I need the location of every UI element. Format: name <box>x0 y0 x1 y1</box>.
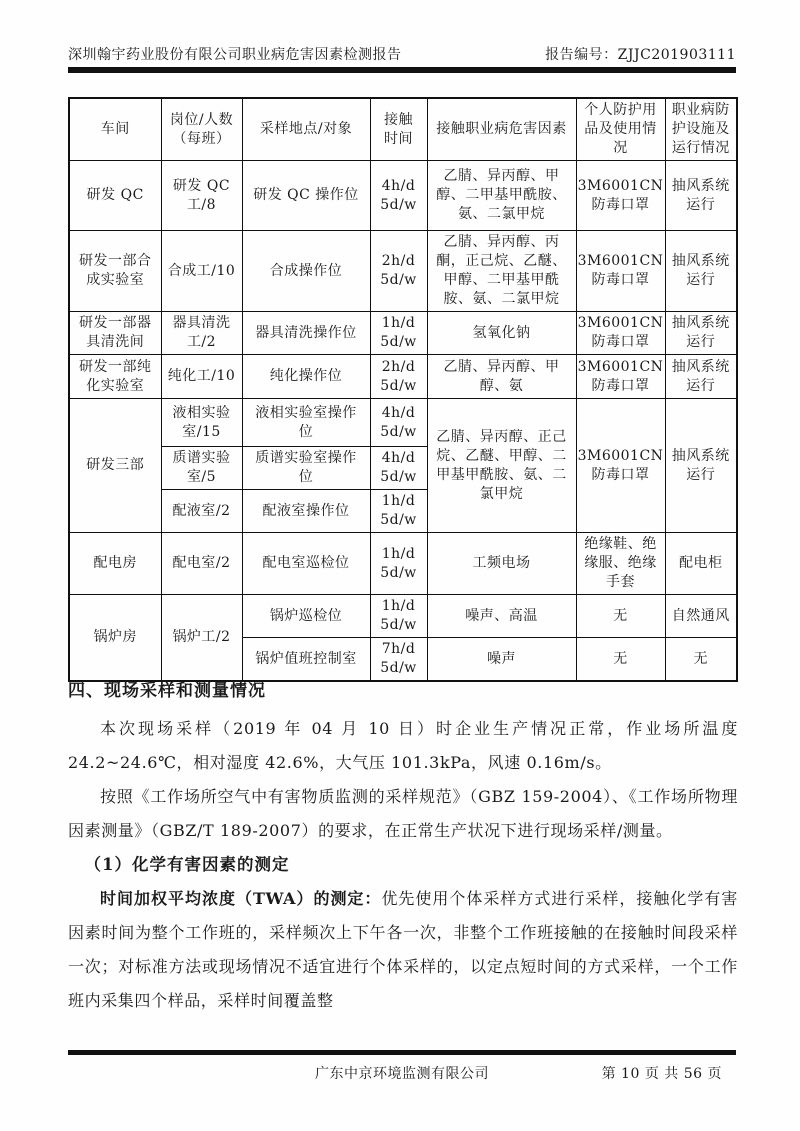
table-row: 研发 QC 研发 QC 工/8 研发 QC 操作位 4h/d 5d/w 乙腈、异… <box>69 161 737 231</box>
cell-time: 4h/d 5d/w <box>370 161 427 231</box>
body-text: 四、现场采样和测量情况 本次现场采样（2019 年 04 月 10 日）时企业生… <box>68 666 738 1018</box>
cell-workshop: 研发一部器 具清洗间 <box>69 312 161 355</box>
col-header-hazard: 接触职业病危害因素 <box>427 98 576 161</box>
cell-post: 配液室/2 <box>161 490 242 533</box>
col-header-workshop: 车间 <box>69 98 161 161</box>
cell-time: 2h/d 5d/w <box>370 355 427 399</box>
cell-hazard: 氢氧化钠 <box>427 312 576 355</box>
cell-location: 锅炉巡检位 <box>242 595 370 638</box>
cell-facility: 抽风系统 运行 <box>665 161 737 231</box>
cell-hazard: 乙腈、异丙醇、甲 醇、氨 <box>427 355 576 399</box>
cell-ppe: 3M6001CN 防毒口罩 <box>576 355 665 399</box>
header-rule <box>68 67 736 73</box>
col-header-time: 接触 时间 <box>370 98 427 161</box>
cell-post: 器具清洗 工/2 <box>161 312 242 355</box>
table-row: 研发一部合 成实验室 合成工/10 合成操作位 2h/d 5d/w 乙腈、异丙醇… <box>69 231 737 312</box>
cell-post: 合成工/10 <box>161 231 242 312</box>
twa-lead: 时间加权平均浓度（TWA）的测定： <box>100 889 381 908</box>
section-heading: 四、现场采样和测量情况 <box>68 674 738 708</box>
cell-facility: 抽风系统 运行 <box>665 231 737 312</box>
cell-ppe: 3M6001CN 防毒口罩 <box>576 161 665 231</box>
cell-time: 1h/d 5d/w <box>370 490 427 533</box>
footer-rule <box>68 1050 736 1055</box>
cell-post: 研发 QC 工/8 <box>161 161 242 231</box>
cell-hazard: 噪声、高温 <box>427 595 576 638</box>
sampling-table: 车间 岗位/人数 （每班） 采样地点/对象 接触 时间 接触职业病危害因素 个人… <box>68 97 738 682</box>
cell-workshop: 研发一部合 成实验室 <box>69 231 161 312</box>
cell-location: 器具清洗操作位 <box>242 312 370 355</box>
cell-location: 研发 QC 操作位 <box>242 161 370 231</box>
report-page: 深圳翰宇药业股份有限公司职业病危害因素检测报告 报告编号：ZJJC2019031… <box>0 0 800 1131</box>
cell-ppe: 3M6001CN 防毒口罩 <box>576 399 665 533</box>
subsection-heading: （1）化学有害因素的测定 <box>68 848 738 882</box>
cell-time: 4h/d 5d/w <box>370 447 427 490</box>
cell-location: 液相实验室操作 位 <box>242 399 370 447</box>
cell-post: 配电室/2 <box>161 533 242 595</box>
table-header-row: 车间 岗位/人数 （每班） 采样地点/对象 接触 时间 接触职业病危害因素 个人… <box>69 98 737 161</box>
cell-workshop: 研发三部 <box>69 399 161 533</box>
cell-location: 纯化操作位 <box>242 355 370 399</box>
cell-workshop: 研发 QC <box>69 161 161 231</box>
cell-facility: 抽风系统 运行 <box>665 355 737 399</box>
col-header-ppe: 个人防护用 品及使用情 况 <box>576 98 665 161</box>
cell-time: 4h/d 5d/w <box>370 399 427 447</box>
table-row: 研发一部器 具清洗间 器具清洗 工/2 器具清洗操作位 1h/d 5d/w 氢氧… <box>69 312 737 355</box>
table-row: 研发一部纯 化实验室 纯化工/10 纯化操作位 2h/d 5d/w 乙腈、异丙醇… <box>69 355 737 399</box>
cell-location: 合成操作位 <box>242 231 370 312</box>
col-header-location: 采样地点/对象 <box>242 98 370 161</box>
col-header-post: 岗位/人数 （每班） <box>161 98 242 161</box>
paragraph-sampling-conditions: 本次现场采样（2019 年 04 月 10 日）时企业生产情况正常，作业场所温度… <box>68 712 738 780</box>
cell-post: 纯化工/10 <box>161 355 242 399</box>
cell-facility: 抽风系统 运行 <box>665 399 737 533</box>
paragraph-twa: 时间加权平均浓度（TWA）的测定：优先使用个体采样方式进行采样，接触化学有害因素… <box>68 882 738 1018</box>
doc-header: 深圳翰宇药业股份有限公司职业病危害因素检测报告 报告编号：ZJJC2019031… <box>68 44 736 64</box>
cell-location: 配液室操作位 <box>242 490 370 533</box>
cell-location: 配电室巡检位 <box>242 533 370 595</box>
cell-hazard: 乙腈、异丙醇、甲 醇、二甲基甲酰胺、 氨、二氯甲烷 <box>427 161 576 231</box>
cell-time: 1h/d 5d/w <box>370 312 427 355</box>
cell-workshop: 研发一部纯 化实验室 <box>69 355 161 399</box>
cell-ppe: 无 <box>576 595 665 638</box>
cell-time: 1h/d 5d/w <box>370 595 427 638</box>
cell-time: 2h/d 5d/w <box>370 231 427 312</box>
cell-ppe: 3M6001CN 防毒口罩 <box>576 231 665 312</box>
cell-time: 1h/d 5d/w <box>370 533 427 595</box>
col-header-facility: 职业病防 护设施及 运行情况 <box>665 98 737 161</box>
cell-workshop: 配电房 <box>69 533 161 595</box>
cell-ppe: 绝缘鞋、绝 缘服、绝缘 手套 <box>576 533 665 595</box>
cell-post: 质谱实验 室/5 <box>161 447 242 490</box>
cell-facility: 抽风系统 运行 <box>665 312 737 355</box>
paragraph-standards: 按照《工作场所空气中有害物质监测的采样规范》（GBZ 159-2004）、《工作… <box>68 780 738 848</box>
cell-hazard: 工频电场 <box>427 533 576 595</box>
table-row: 锅炉房 锅炉工/2 锅炉巡检位 1h/d 5d/w 噪声、高温 无 自然通风 <box>69 595 737 638</box>
table-row: 研发三部 液相实验 室/15 液相实验室操作 位 4h/d 5d/w 乙腈、异丙… <box>69 399 737 447</box>
cell-ppe: 3M6001CN 防毒口罩 <box>576 312 665 355</box>
table-row: 配电房 配电室/2 配电室巡检位 1h/d 5d/w 工频电场 绝缘鞋、绝 缘服… <box>69 533 737 595</box>
cell-post: 液相实验 室/15 <box>161 399 242 447</box>
cell-hazard: 乙腈、异丙醇、正己 烷、乙醚、甲醇、二 甲基甲酰胺、氨、二 氯甲烷 <box>427 399 576 533</box>
cell-facility: 自然通风 <box>665 595 737 638</box>
doc-footer: 广东中京环境监测有限公司 第 10 页 共 56 页 <box>68 1063 736 1085</box>
footer-page-number: 第 10 页 共 56 页 <box>602 1063 722 1083</box>
report-number: 报告编号：ZJJC201903111 <box>545 44 736 64</box>
cell-location: 质谱实验室操作 位 <box>242 447 370 490</box>
cell-hazard: 乙腈、异丙醇、丙 酮，正己烷、乙醚、 甲醇、二甲基甲酰 胺、氨、二氯甲烷 <box>427 231 576 312</box>
cell-facility: 配电柜 <box>665 533 737 595</box>
doc-title: 深圳翰宇药业股份有限公司职业病危害因素检测报告 <box>68 44 402 64</box>
